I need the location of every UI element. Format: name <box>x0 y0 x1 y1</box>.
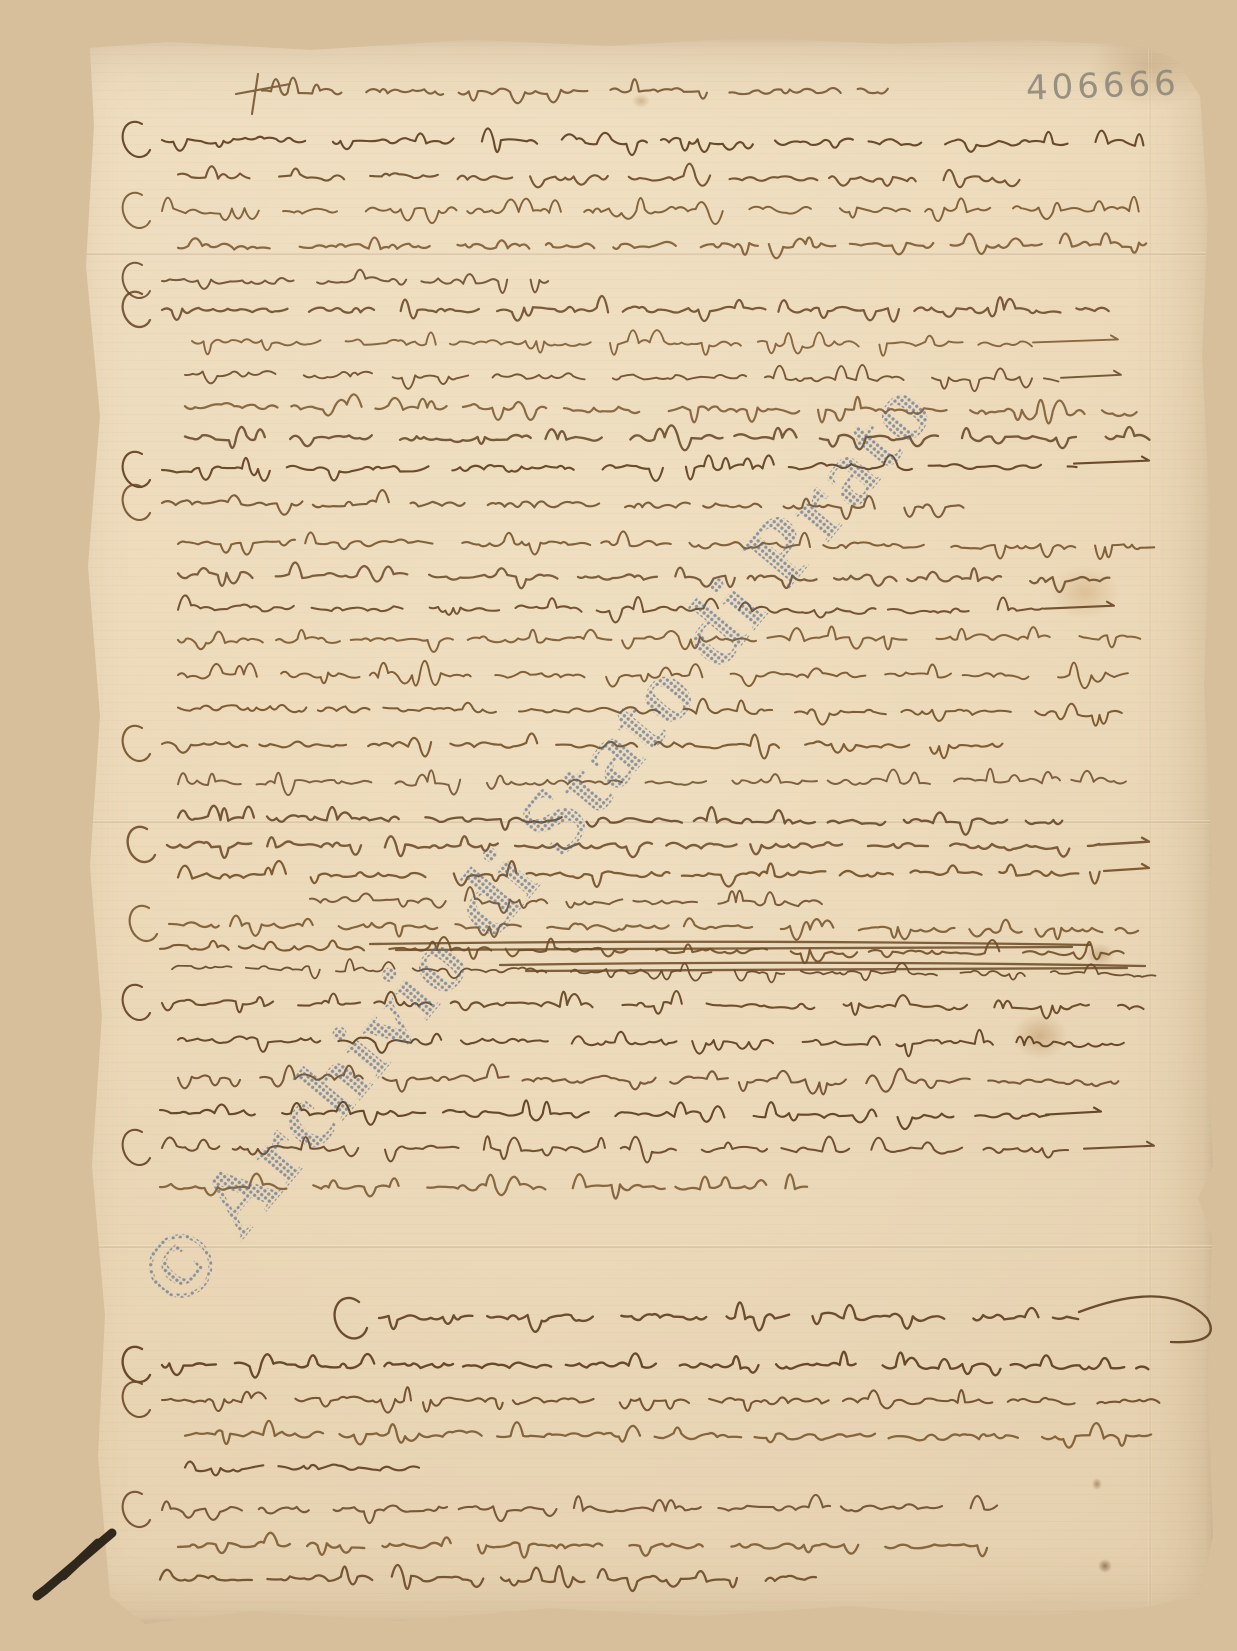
handwriting-line <box>178 769 1126 795</box>
handwriting-line <box>130 906 1138 941</box>
handwriting-line <box>178 595 1114 622</box>
handwriting-line <box>123 1382 1160 1417</box>
handwriting-line <box>178 562 1109 592</box>
handwriting-line <box>185 365 1121 391</box>
handwriting-line <box>178 1533 987 1558</box>
handwriting-line <box>178 531 1154 559</box>
handwriting-line <box>160 1565 816 1591</box>
handwriting-line <box>178 1064 1118 1094</box>
strikethrough-stroke <box>370 942 1090 950</box>
handwriting-line <box>123 452 1149 487</box>
handwriting-line <box>178 233 1146 258</box>
handwriting-line <box>123 193 1139 228</box>
handwriting-line <box>178 626 1140 651</box>
handwriting-line <box>123 292 1109 327</box>
handwriting-line <box>178 1030 1124 1056</box>
handwriting-line <box>192 330 1118 356</box>
handwriting-line <box>123 122 1144 157</box>
handwriting-line <box>335 1296 1211 1342</box>
handwriting-line <box>123 1492 997 1527</box>
handwriting-line <box>160 1174 807 1199</box>
handwriting-line <box>123 263 548 298</box>
handwriting-line <box>123 1347 1149 1382</box>
handwriting-line <box>185 1462 419 1476</box>
handwriting-line <box>178 164 1020 188</box>
handwriting-line <box>236 74 888 114</box>
handwriting-line <box>185 394 1137 423</box>
handwriting-line <box>123 726 1003 761</box>
scan-background: 406666 © Archivio di Stato di Prato <box>0 0 1237 1651</box>
handwriting-line <box>160 1100 1101 1129</box>
handwriting-line <box>178 806 1062 835</box>
ink-smear <box>37 1533 112 1596</box>
handwriting-line <box>123 985 1144 1020</box>
handwriting-line <box>178 661 1128 688</box>
handwriting-line <box>123 1130 1154 1165</box>
handwriting-line <box>178 699 1122 726</box>
handwriting-line <box>123 485 964 520</box>
strikethrough-stroke <box>500 963 1145 971</box>
handwriting-line <box>128 827 1149 862</box>
handwriting-ink <box>0 0 1237 1651</box>
handwriting-line <box>178 861 1149 887</box>
handwriting-line <box>185 425 1149 450</box>
handwriting-line <box>185 1421 1151 1448</box>
handwriting-line <box>310 887 822 913</box>
